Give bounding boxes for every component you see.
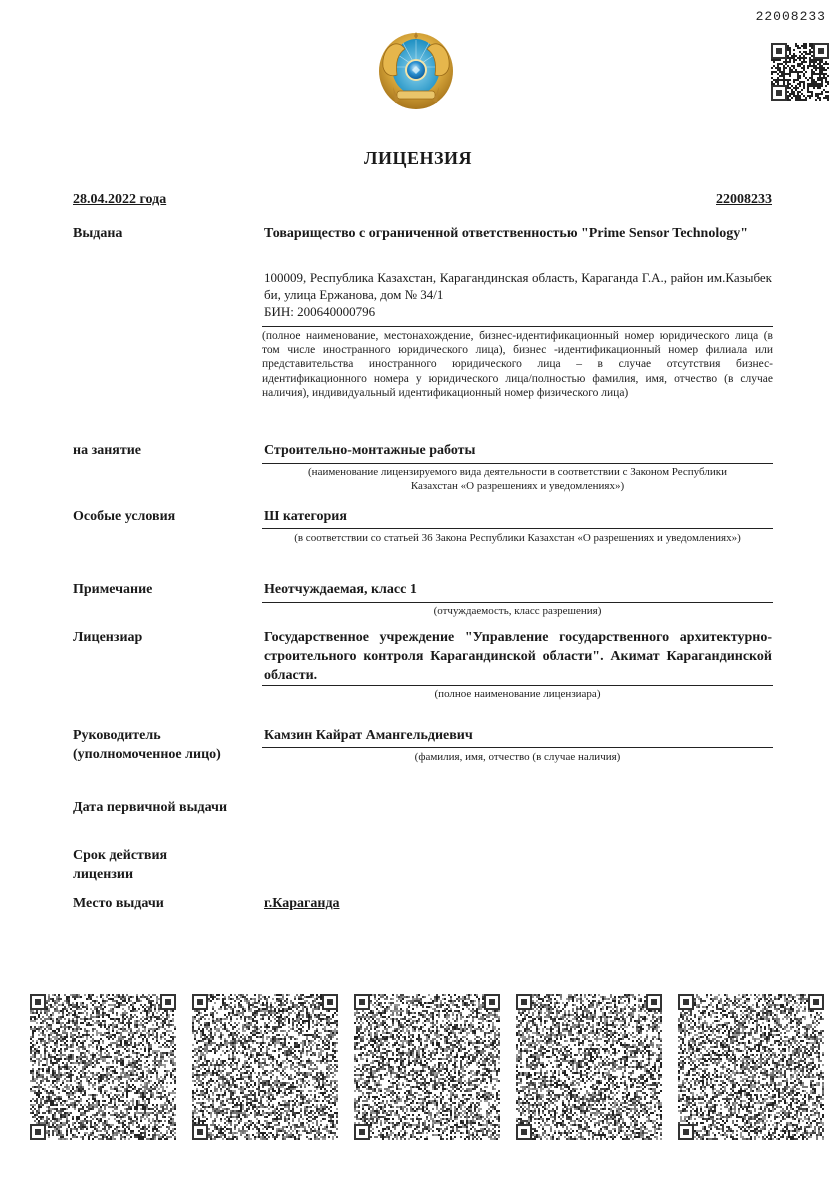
first-issue-date-label: Дата первичной выдачи — [73, 798, 273, 817]
qr-code-icon — [30, 994, 176, 1140]
divider — [262, 685, 773, 686]
head-label: Руководитель (уполномоченное лицо) — [73, 726, 258, 764]
divider — [262, 463, 773, 464]
divider — [262, 326, 773, 327]
place-of-issue-text: г.Караганда — [264, 896, 340, 911]
activity-label: на занятие — [73, 441, 258, 460]
licensor-label: Лицензиар — [73, 628, 258, 647]
note-value: Неотчуждаемая, класс 1 — [264, 580, 772, 599]
divider — [262, 602, 773, 603]
special-conditions-hint: (в соответствии со статьей 36 Закона Рес… — [262, 531, 773, 545]
validity-label-line1: Срок действия — [73, 846, 258, 865]
license-number: 22008233 — [716, 192, 772, 208]
head-hint: (фамилия, имя, отчество (в случае наличи… — [262, 750, 773, 764]
activity-value: Строительно-монтажные работы — [264, 441, 772, 460]
activity-hint: (наименование лицензируемого вида деятел… — [262, 465, 773, 493]
issued-to-bin: БИН: 200640000796 — [264, 303, 772, 320]
head-label-line2: (уполномоченное лицо) — [73, 745, 258, 764]
licensor-hint: (полное наименование лицензиара) — [262, 687, 773, 701]
issued-to-label: Выдана — [73, 224, 258, 243]
place-of-issue-label: Место выдачи — [73, 894, 258, 913]
license-date: 28.04.2022 года — [73, 192, 166, 208]
note-hint: (отчуждаемость, класс разрешения) — [262, 604, 773, 618]
issued-to-hint: (полное наименование, местонахождение, б… — [262, 329, 773, 400]
qr-code-icon — [192, 994, 338, 1140]
issued-to-address: 100009, Республика Казахстан, Карагандин… — [264, 269, 772, 303]
divider — [262, 747, 773, 748]
qr-codes-row — [30, 994, 830, 1140]
qr-code-icon — [354, 994, 500, 1140]
licensor-value: Государственное учреждение "Управление г… — [264, 628, 772, 685]
validity-label: Срок действия лицензии — [73, 846, 258, 884]
qr-code-icon — [516, 994, 662, 1140]
document-number-top: 22008233 — [756, 9, 826, 24]
page-title: ЛИЦЕНЗИЯ — [0, 148, 836, 169]
kazakhstan-state-emblem-icon — [375, 27, 457, 111]
qr-code-icon — [678, 994, 824, 1140]
head-label-line1: Руководитель — [73, 726, 258, 745]
note-label: Примечание — [73, 580, 258, 599]
divider — [262, 528, 773, 529]
validity-label-line2: лицензии — [73, 865, 258, 884]
head-value: Камзин Кайрат Амангельдиевич — [264, 726, 772, 745]
qr-code-icon — [771, 43, 829, 101]
special-conditions-label: Особые условия — [73, 507, 258, 526]
place-of-issue-value: г.Караганда — [264, 894, 772, 913]
issued-to-name: Товарищество с ограниченной ответственно… — [264, 224, 772, 243]
special-conditions-value: Ш категория — [264, 507, 772, 526]
